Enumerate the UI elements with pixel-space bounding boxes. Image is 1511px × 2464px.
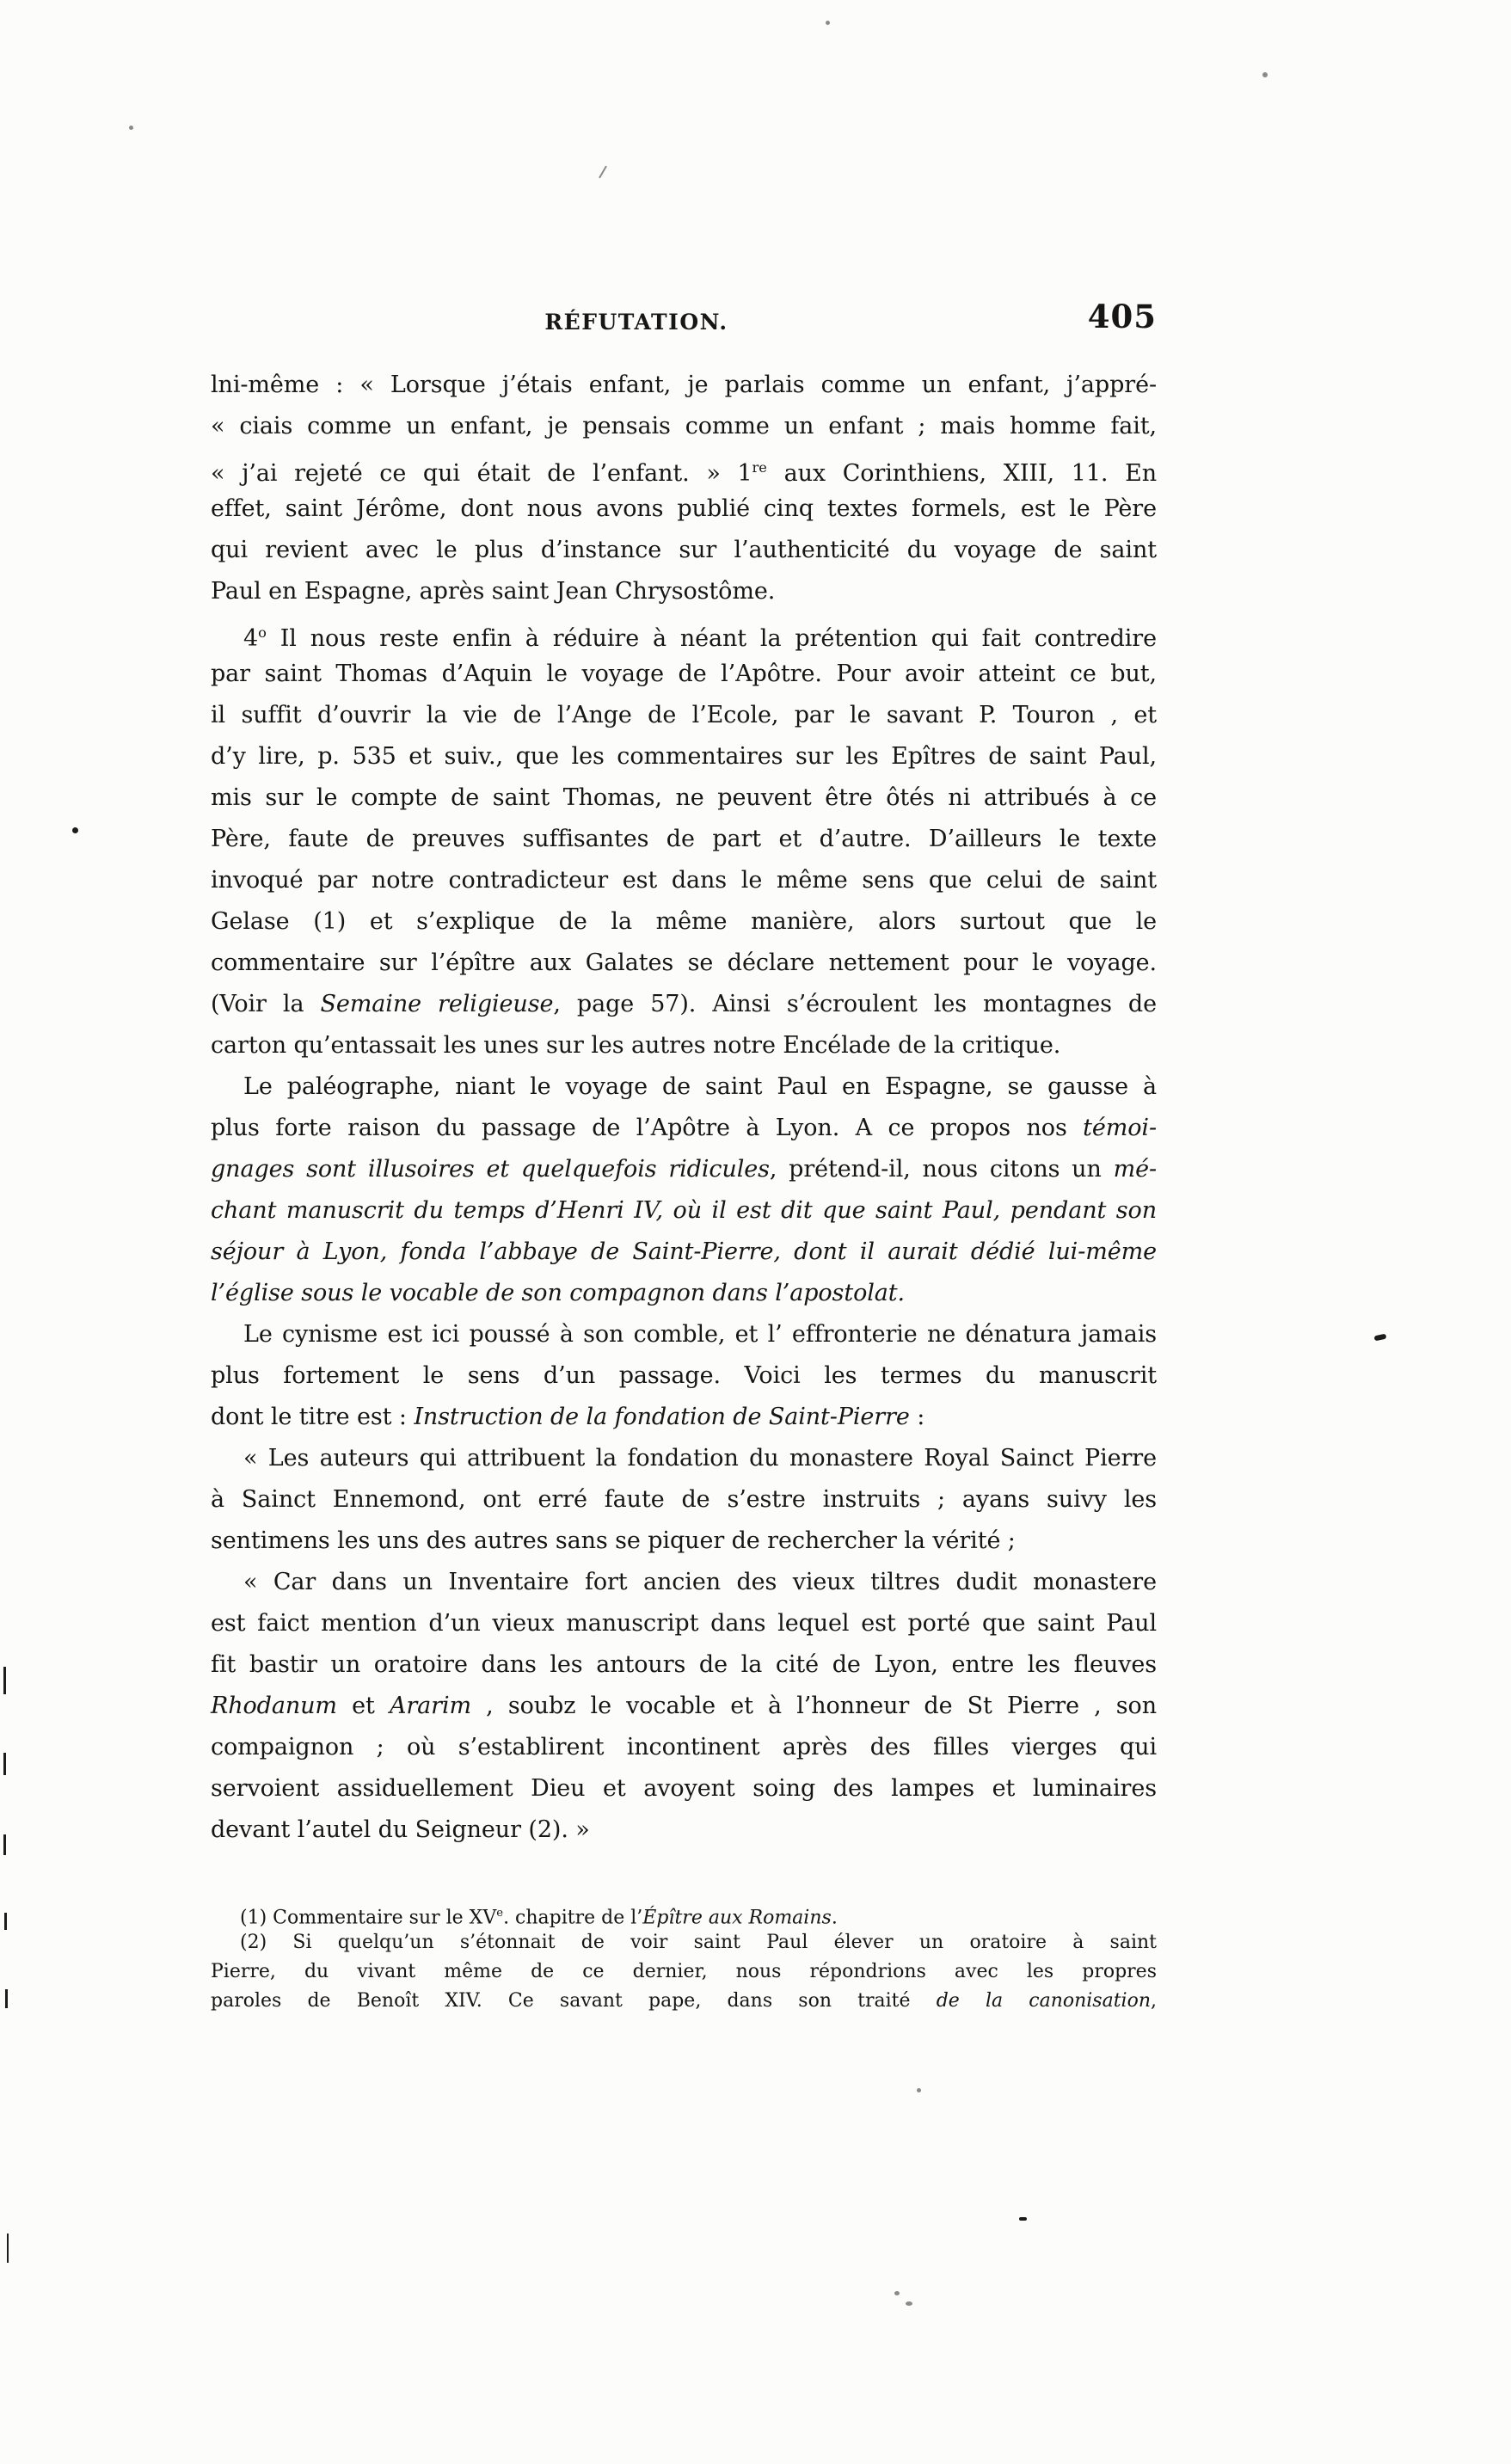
text-line: servoient assiduellement Dieu et avoyent… (211, 1768, 1157, 1810)
scan-artifact (3, 1834, 6, 1855)
text-line: à Sainct Ennemond, ont erré faute de s’e… (211, 1479, 1157, 1521)
text-line: dont le titre est : Instruction de la fo… (211, 1397, 1157, 1438)
scan-artifact (3, 1753, 6, 1775)
text-line: effet, saint Jérôme, dont nous avons pub… (211, 488, 1157, 530)
text-line: sentimens les uns des autres sans se piq… (211, 1521, 1157, 1562)
text-line: par saint Thomas d’Aquin le voyage de l’… (211, 654, 1157, 695)
text-line: (Voir la Semaine religieuse, page 57). A… (211, 984, 1157, 1025)
text-line: « ciais comme un enfant, je pensais comm… (211, 406, 1157, 447)
running-head: RÉFUTATION. (211, 310, 1062, 335)
text-line: il suffit d’ouvrir la vie de l’Ange de l… (211, 695, 1157, 736)
text-line: plus forte raison du passage de l’Apôtre… (211, 1108, 1157, 1149)
text-line: (1) Commentaire sur le XVe. chapitre de … (211, 1899, 1157, 1928)
text-block: RÉFUTATION. 405 lni-même : « Lorsque j’é… (211, 303, 1157, 2016)
text-line: Gelase (1) et s’explique de la même mani… (211, 901, 1157, 943)
text-line: Pierre, du vivant même de ce dernier, no… (211, 1957, 1157, 1987)
text-line: Rhodanum et Ararim , soubz le vocable et… (211, 1686, 1157, 1727)
text-line: qui revient avec le plus d’instance sur … (211, 530, 1157, 571)
text-line: est faict mention d’un vieux manuscript … (211, 1603, 1157, 1644)
text-line: gnages sont illusoires et quelquefois ri… (211, 1149, 1157, 1190)
text-line: plus fortement le sens d’un passage. Voi… (211, 1355, 1157, 1397)
text-line: « Car dans un Inventaire fort ancien des… (211, 1562, 1157, 1603)
text-line: paroles de Benoît XIV. Ce savant pape, d… (211, 1987, 1157, 2016)
scan-artifact (1019, 2217, 1027, 2221)
text-line: carton qu’entassait les unes sur les aut… (211, 1025, 1157, 1066)
scanned-book-page: RÉFUTATION. 405 lni-même : « Lorsque j’é… (0, 0, 1511, 2464)
text-line: invoqué par notre contradicteur est dans… (211, 860, 1157, 901)
text-line: lni-même : « Lorsque j’étais enfant, je … (211, 365, 1157, 406)
text-line: devant l’autel du Seigneur (2). » (211, 1810, 1157, 1851)
scan-artifact (917, 2088, 921, 2092)
scan-artifact (4, 1913, 7, 1930)
text-line: l’église sous le vocable de son compagno… (211, 1273, 1157, 1314)
page-header: RÉFUTATION. 405 (211, 303, 1157, 342)
text-line: compaignon ; où s’establirent incontinen… (211, 1727, 1157, 1768)
body-text: lni-même : « Lorsque j’étais enfant, je … (211, 365, 1157, 1851)
page-number: 405 (1088, 298, 1157, 335)
text-line: « Les auteurs qui attribuent la fondatio… (211, 1438, 1157, 1479)
text-line: chant manuscrit du temps d’Henri IV, où … (211, 1190, 1157, 1232)
footnotes: (1) Commentaire sur le XVe. chapitre de … (211, 1899, 1157, 2016)
scan-artifact (129, 126, 133, 130)
text-line: fit bastir un oratoire dans les antours … (211, 1644, 1157, 1686)
scan-artifact (5, 1989, 8, 2008)
text-line: d’y lire, p. 535 et suiv., que les comme… (211, 736, 1157, 777)
text-line: Le cynisme est ici poussé à son comble, … (211, 1314, 1157, 1355)
text-line: mis sur le compte de saint Thomas, ne pe… (211, 777, 1157, 819)
text-line: Le paléographe, niant le voyage de saint… (211, 1066, 1157, 1108)
scan-artifact (3, 1667, 6, 1694)
text-line: séjour à Lyon, fonda l’abbaye de Saint-P… (211, 1232, 1157, 1273)
scan-artifact (894, 2291, 900, 2295)
text-line: « j’ai rejeté ce qui était de l’enfant. … (211, 447, 1157, 488)
scan-artifact (72, 827, 78, 833)
text-line: commentaire sur l’épître aux Galates se … (211, 943, 1157, 984)
text-line: Père, faute de preuves suffisantes de pa… (211, 819, 1157, 860)
scan-artifact (1262, 72, 1268, 77)
scan-artifact (906, 2301, 912, 2306)
text-line: Paul en Espagne, après saint Jean Chryso… (211, 571, 1157, 612)
scan-artifact (826, 21, 830, 25)
scan-artifact (1374, 1334, 1387, 1342)
text-line: (2) Si quelqu’un s’étonnait de voir sain… (211, 1928, 1157, 1957)
text-line: 4o Il nous reste enfin à réduire à néant… (211, 612, 1157, 654)
scan-artifact (7, 2234, 9, 2263)
scan-artifact (599, 166, 607, 179)
